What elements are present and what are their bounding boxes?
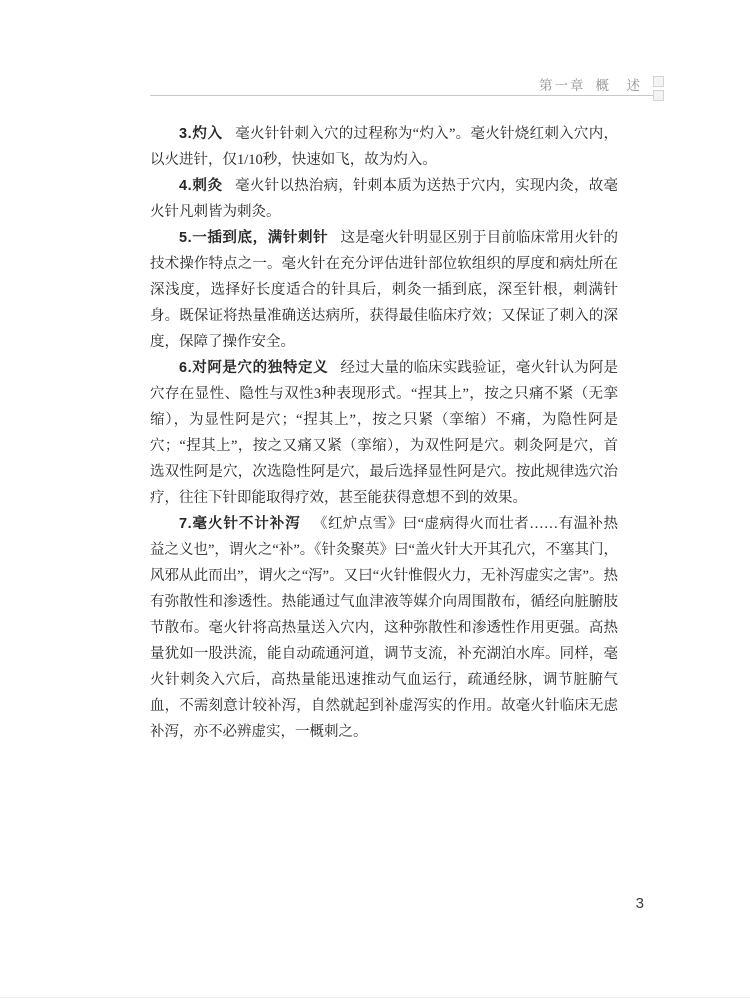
paragraph: 7.毫火针不计补泻《红炉点雪》曰“虚病得火而壮者……有温补热益之义也”，谓火之“… — [150, 511, 618, 745]
chapter-heading: 第一章概 述 — [539, 74, 642, 94]
page-number: 3 — [636, 895, 644, 912]
paragraph-lead: 4.刺灸 — [179, 178, 223, 194]
ornament-box-bottom — [653, 90, 664, 101]
ornament-box-top — [653, 76, 664, 87]
book-page: 第一章概 述 3.灼入毫火针针刺入穴的过程称为“灼入”。毫火针烧红刺入穴内，以火… — [0, 0, 750, 1000]
paragraph: 3.灼入毫火针针刺入穴的过程称为“灼入”。毫火针烧红刺入穴内，以火进针，仅1/1… — [150, 121, 618, 173]
paragraph-text: 经过大量的临床实践验证，毫火针认为阿是穴存在显性、隐性与双性3种表现形式。“捏其… — [150, 360, 618, 506]
paragraph-lead: 3.灼入 — [179, 126, 223, 142]
paragraph-lead: 6.对阿是穴的独特定义 — [179, 360, 328, 376]
chapter-title: 概 述 — [596, 78, 643, 93]
paragraph: 5.一插到底，满针刺针这是毫火针明显区别于目前临床常用火针的技术操作特点之一。毫… — [150, 225, 618, 355]
header-rule — [150, 95, 664, 96]
paragraph-lead: 7.毫火针不计补泻 — [179, 516, 301, 532]
paragraph-text: 《红炉点雪》曰“虚病得火而壮者……有温补热益之义也”，谓火之“补”。《针灸聚英》… — [150, 516, 618, 740]
header-ornament-icon — [653, 76, 664, 102]
page-body: 3.灼入毫火针针刺入穴的过程称为“灼入”。毫火针烧红刺入穴内，以火进针，仅1/1… — [150, 121, 618, 745]
paragraph: 4.刺灸毫火针以热治病，针刺本质为送热于穴内，实现内灸，故毫火针凡刺皆为刺灸。 — [150, 173, 618, 225]
page-bottom-edge — [0, 997, 750, 998]
running-header: 第一章概 述 — [150, 70, 618, 98]
paragraph-lead: 5.一插到底，满针刺针 — [179, 230, 328, 246]
paragraph-text: 这是毫火针明显区别于目前临床常用火针的技术操作特点之一。毫火针在充分评估进针部位… — [150, 230, 618, 350]
chapter-number: 第一章 — [539, 78, 586, 93]
paragraph: 6.对阿是穴的独特定义经过大量的临床实践验证，毫火针认为阿是穴存在显性、隐性与双… — [150, 355, 618, 511]
